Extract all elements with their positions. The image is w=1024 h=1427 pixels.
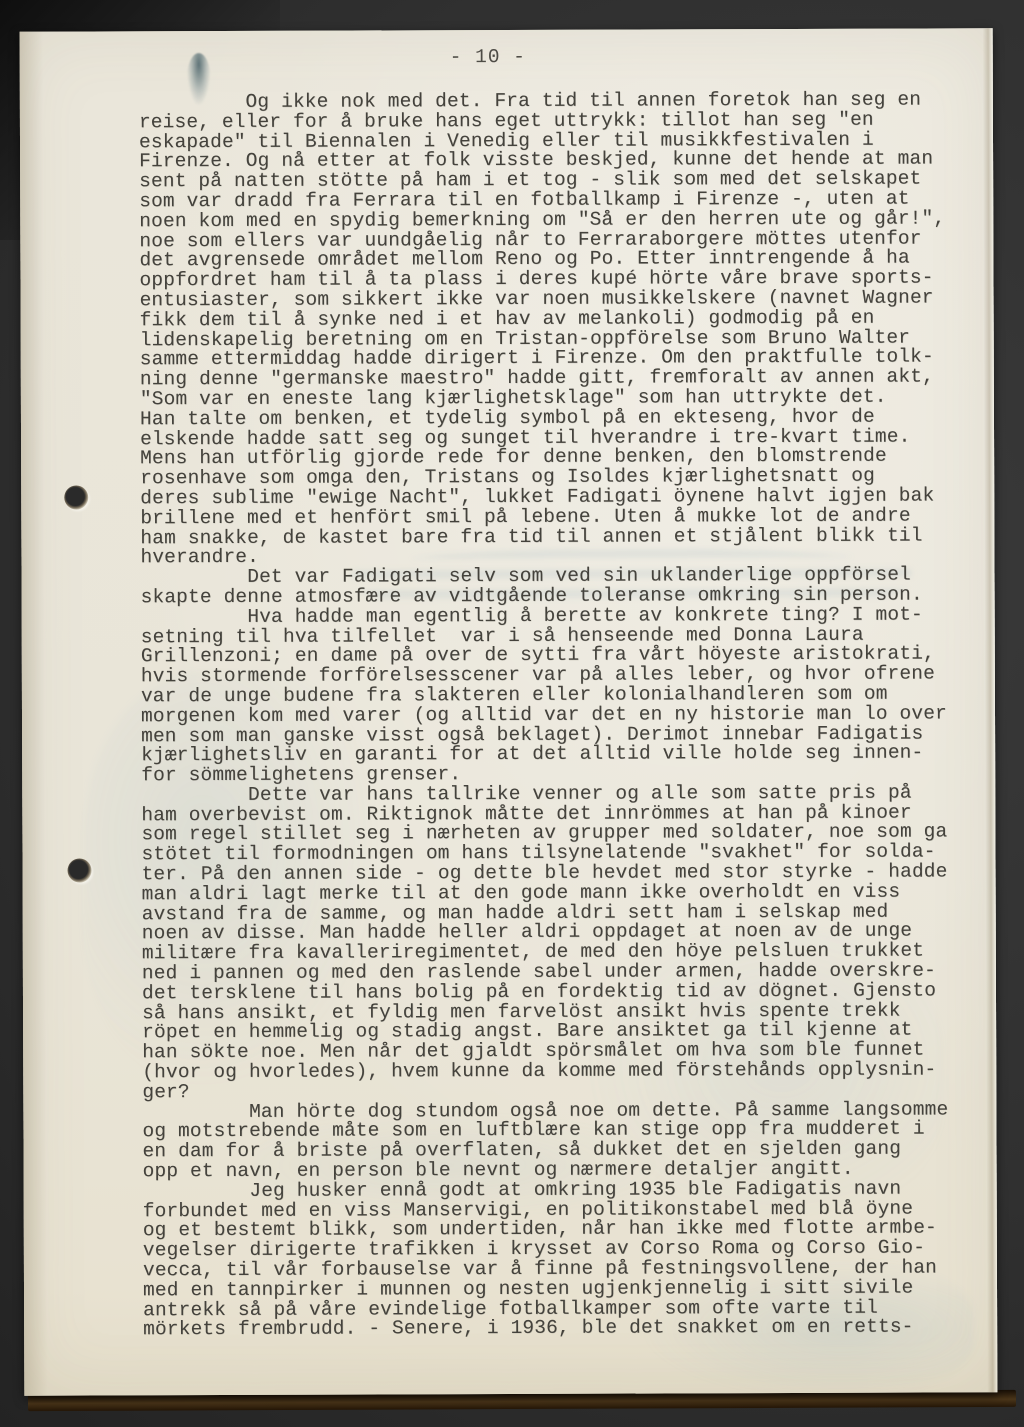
punch-hole-top [64,485,88,509]
text-line: (hvor og hvorledes), hvem kunne da komme… [142,1061,948,1084]
page-number: - 10 - [450,46,526,68]
page-text-block: Og ikke nok med det. Fra tid til annen f… [139,90,949,1340]
punch-hole-bottom [68,858,92,882]
document-page: - 10 - Og ikke nok med det. Fra tid til … [20,28,998,1395]
text-line: mörkets frembrudd. - Senere, i 1936, ble… [143,1318,949,1341]
text-line: ham snakke, de kastet bare fra tid til a… [140,526,946,549]
scan-background: - 10 - Og ikke nok med det. Fra tid til … [0,0,1024,1427]
